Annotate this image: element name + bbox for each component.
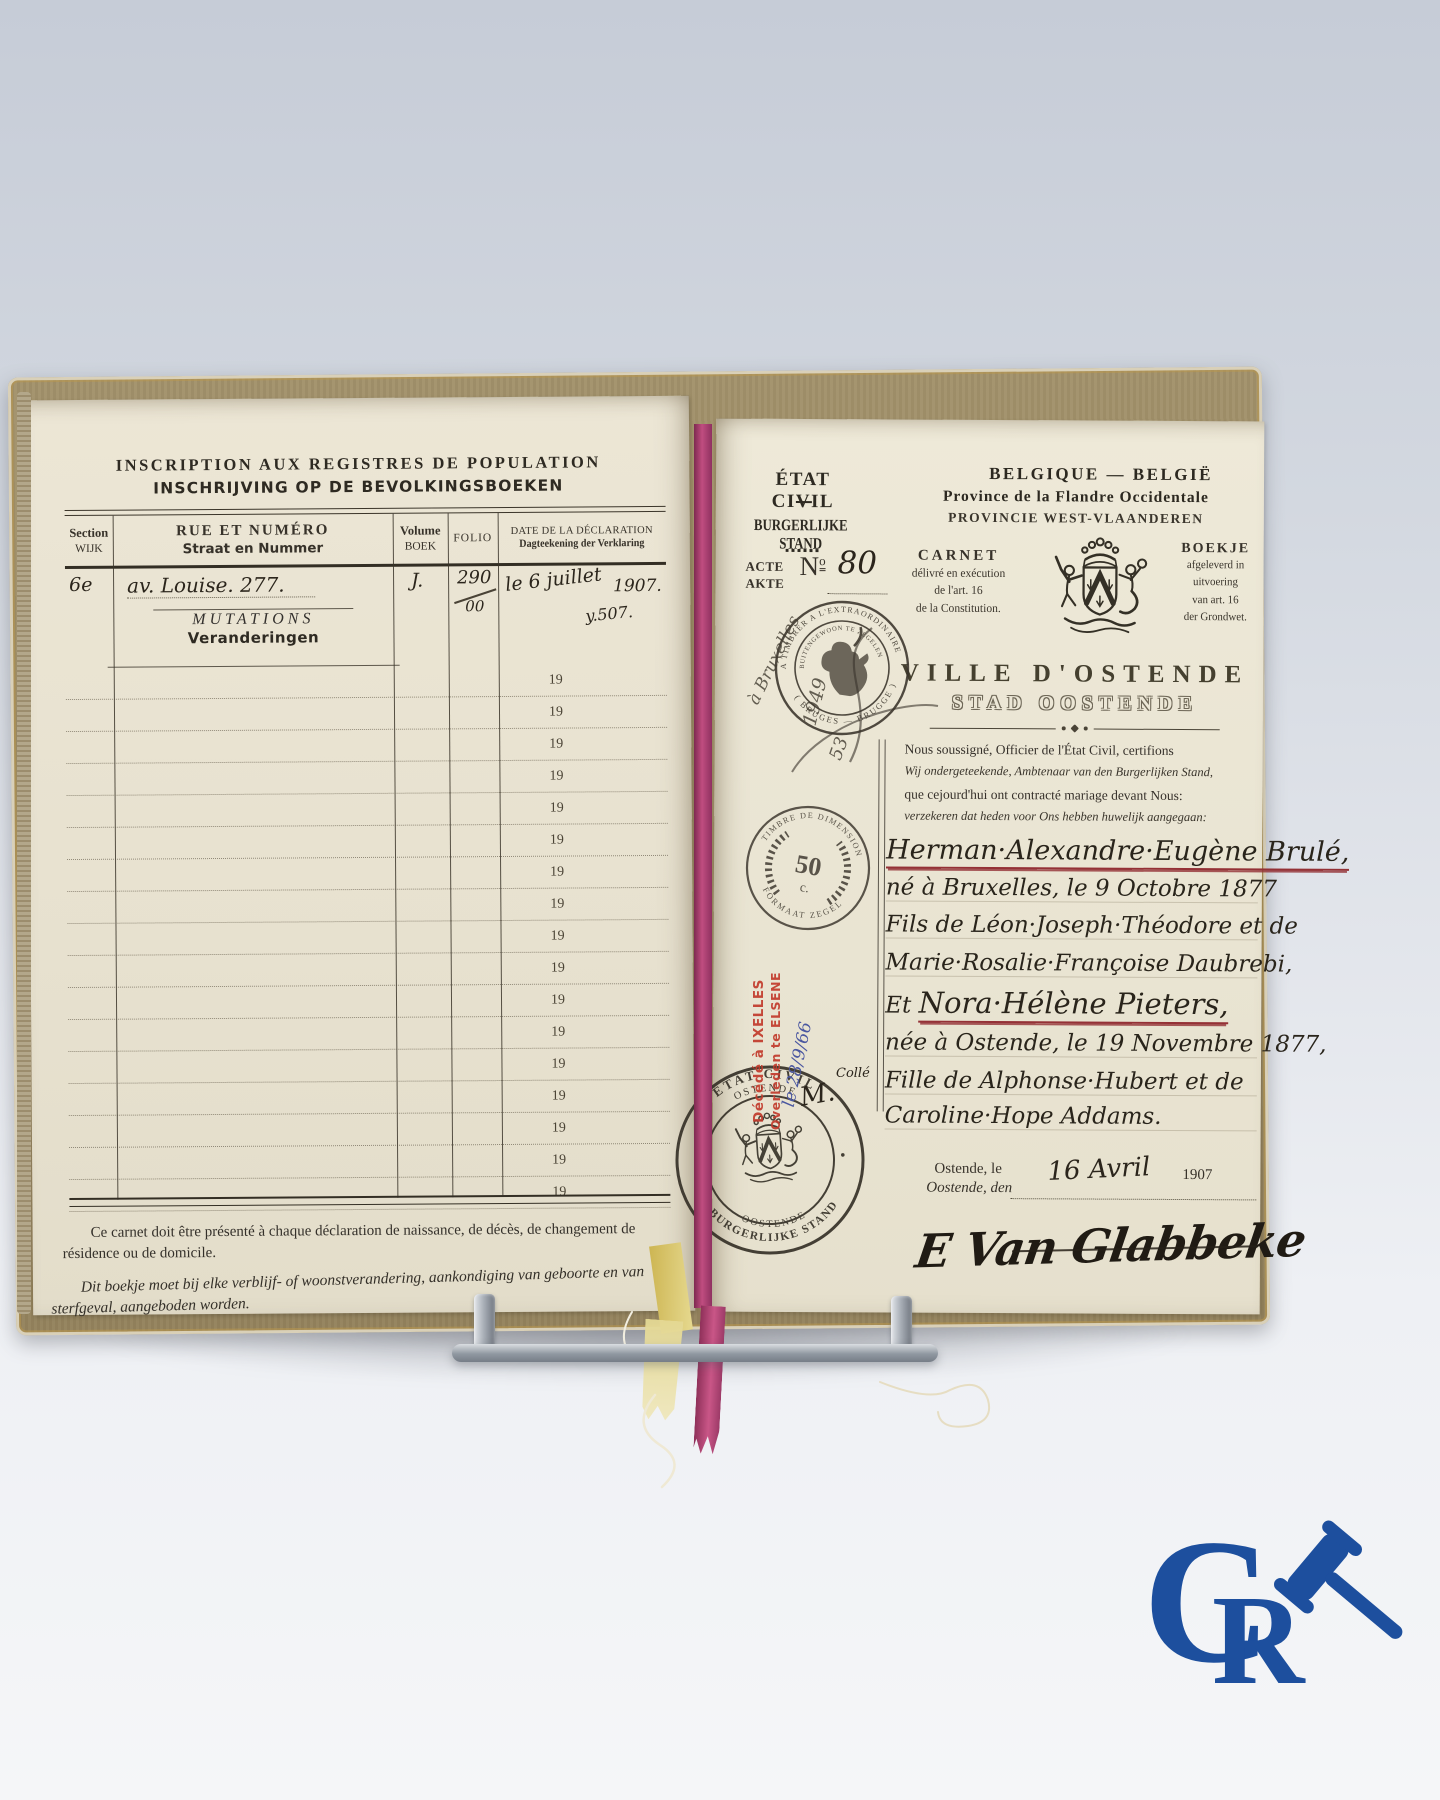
carnet-line3: de la Constitution. [896,599,1021,617]
carnet-line1: délivré en exécution [896,565,1021,583]
country-heading: BELGIQUE — BELGIË [941,464,1261,486]
carnet-line2: de l'art. 16 [896,582,1021,600]
table-row: 19 [68,1048,669,1084]
table-row: 19 [69,1080,670,1116]
coat-of-arms [1027,528,1173,657]
header-volume: Volume BOEK [393,513,448,563]
table-row: 19 [66,760,667,796]
header-street: RUE ET NUMÉRO Straat en Nummer [113,514,393,566]
acte-fr: ACTE [746,559,785,576]
bride-parents2-line: Caroline·Hope Addams. [885,1102,1257,1131]
entry-date-year: 1907. [613,576,662,596]
certify-fr1: Nous soussigné, Officier de l'État Civil… [905,742,1174,759]
entry-folio: 290 [457,567,492,588]
deceased-nl: Overleden te ELSENE [768,972,783,1130]
table-row: 19 [68,1016,669,1052]
entry-section: 6e [69,574,92,596]
year-prefix: 19 [550,801,564,817]
groom-name: Herman·Alexandre·Eugène Brulé, [886,834,1349,870]
table-row: 19 [67,888,668,924]
groom-born-line: né à Bruxelles, le 9 Octobre 1877 [886,874,1258,903]
dateline-dots [1010,1198,1256,1200]
mutations-heading: MUTATIONS Veranderingen [113,610,393,668]
header-section-nl: WIJK [75,541,103,556]
year-prefix: 19 [552,1153,566,1169]
city-heading-nl: STAD OOSTENDE [895,692,1255,717]
year-prefix: 19 [549,737,563,753]
certify-nl2: verzekeren dat heden voor Ons hebben huw… [904,809,1207,826]
header-folio-label: FOLIO [453,531,492,546]
deceased-stamp: Décédé à IXELLES Overleden te ELSENE [751,956,793,1146]
table-row: 19 [67,824,668,860]
entry-street: av. Louise. 277. [127,572,315,598]
year-prefix: 19 [549,705,563,721]
etat-civil-heading: ÉTAT CIVIL [744,469,862,514]
table-row: 19 [69,1112,670,1148]
header-street-fr: RUE ET NUMÉRO [176,521,329,541]
dateline-nl: Oostende, den [926,1180,1012,1197]
header-street-nl: Straat en Nummer [183,540,324,558]
dimension-stamp-unit: c. [799,879,810,895]
bride-prefix: Et [885,992,911,1018]
bruges-tax-stamp: A TIMBRER A L'EXTRAORDINAIRE ( BRUGES — … [758,584,925,751]
pink-ribbon [694,424,712,1308]
year-prefix: 19 [550,833,564,849]
page-edges [17,392,31,1314]
header-date-fr: DATE DE LA DÉCLARATION [511,524,653,538]
certify-nl1: Wij ondergeteekende, Ambtenaar van den B… [904,764,1213,781]
boekje-line1: afgeleverd in uitvoering [1166,557,1265,592]
numero-sup: o [819,553,826,571]
header-date-nl: Dagteekening der Verklaring [519,537,644,552]
table-row: 19 [66,664,667,700]
acte-label: ACTE AKTE [745,559,784,593]
bride-parents1-line: Fille de Alphonse·Hubert et de [885,1067,1257,1096]
city-heading-fr: VILLE D'OSTENDE [895,660,1255,690]
groom-name-line: Herman·Alexandre·Eugène Brulé, [886,834,1258,867]
header-section-fr: Section [69,526,108,542]
left-footer-fr: Ce carnet doit être présenté à chaque dé… [63,1219,675,1265]
acte-number: 80 [837,545,877,581]
header-volume-nl: BOEK [405,539,436,554]
table-row: 19 [68,984,669,1020]
year-prefix: 19 [549,769,563,785]
groom-parents1-line: Fils de Léon·Joseph·Théodore et de [886,911,1258,940]
entry-date-note: y.507. [585,602,634,625]
year-prefix: 19 [551,993,565,1009]
numero-n: N [799,551,819,581]
boekje-block: BOEKJE afgeleverd in uitvoering van art.… [1163,541,1267,627]
header-date: DATE DE LA DÉCLARATION Dagteekening der … [498,512,666,563]
ornament-divider [930,725,1220,733]
photo: INSCRIPTION AUX REGISTRES DE POPULATION … [0,0,1440,1800]
entry-date: le 6 juillet [504,563,603,596]
colle-note: Collé [836,1066,870,1081]
initial-note: M. [798,1077,838,1113]
year-prefix: 19 [550,865,564,881]
province-fr: Province de la Flandre Occidentale [891,487,1261,507]
table-row: 19 [68,952,669,988]
province-nl: PROVINCIE WEST-VLAANDEREN [891,509,1261,527]
year-prefix: 19 [552,1121,566,1137]
year-prefix: 19 [549,673,563,689]
bride-born-line: née à Ostende, le 19 Novembre 1877, [885,1029,1257,1058]
year-prefix: 19 [551,961,565,977]
heading-dash [796,501,812,503]
boekje-line3: der Grondwet. [1166,609,1265,627]
mutations-nl: Veranderingen [113,628,393,648]
carnet-title: CARNET [894,548,1024,566]
certify-fr2: que cejourd'hui ont contracté mariage de… [904,787,1182,804]
boekje-line2: van art. 16 [1166,591,1265,609]
numero-label: No [799,551,825,582]
yellow-ribbon-tail [639,1319,684,1421]
year-prefix: 19 [550,897,564,913]
table-row: 19 [67,792,668,828]
carnet-block: CARNET délivré en exécution de l'art. 16… [893,548,1023,618]
mutations-fr: MUTATIONS [113,610,393,630]
groom-parents2-line: Marie·Rosalie·Françoise Daubrebi, [885,949,1257,978]
marriage-date-hand: 16 Avril [1047,1152,1151,1187]
stand-bar [452,1344,938,1362]
header-section: Section WIJK [65,516,113,566]
year-prefix: 19 [551,1057,565,1073]
table-year-rows: 1919191919191919191919191919191919 [66,664,671,1212]
boekje-title: BOEKJE [1164,541,1268,558]
table-row: 19 [67,920,668,956]
year-prefix: 19 [552,1089,566,1105]
entry-volume: J. [411,570,423,592]
header-volume-fr: Volume [400,523,441,539]
entry-folio2: 00 [465,597,484,615]
bride-name: Nora·Hélène Pieters, [919,986,1229,1025]
left-title-nl: INSCHRIJVING OP DE BEVOLKINGSBOEKEN [27,476,689,499]
table-row: 19 [69,1144,670,1180]
acte-nl: AKTE [745,576,784,593]
year-prefix: 19 [551,929,565,945]
deceased-fr: Décédé à IXELLES [751,979,767,1123]
population-register-table: Section WIJK RUE ET NUMÉRO Straat en Num… [65,511,671,1208]
marriage-date-year: 1907 [1182,1167,1212,1184]
left-page: INSCRIPTION AUX REGISTRES DE POPULATION … [27,396,695,1316]
left-title-fr: INSCRIPTION AUX REGISTRES DE POPULATION [27,452,689,477]
header-folio: FOLIO [448,513,498,563]
gavel-icon [1252,1505,1432,1655]
table-row: 19 [66,728,667,764]
bride-name-line: Et Nora·Hélène Pieters, [885,985,1257,1021]
dateline-fr: Ostende, le [934,1161,1002,1178]
year-prefix: 19 [551,1025,565,1041]
table-row: 19 [67,856,668,892]
table-row: 19 [66,696,667,732]
dimension-tax-stamp: TIMBRE DE DIMENSION FORMAAT ZEGEL 50 c. [729,789,887,947]
dimension-stamp-value: 50 [793,849,824,882]
